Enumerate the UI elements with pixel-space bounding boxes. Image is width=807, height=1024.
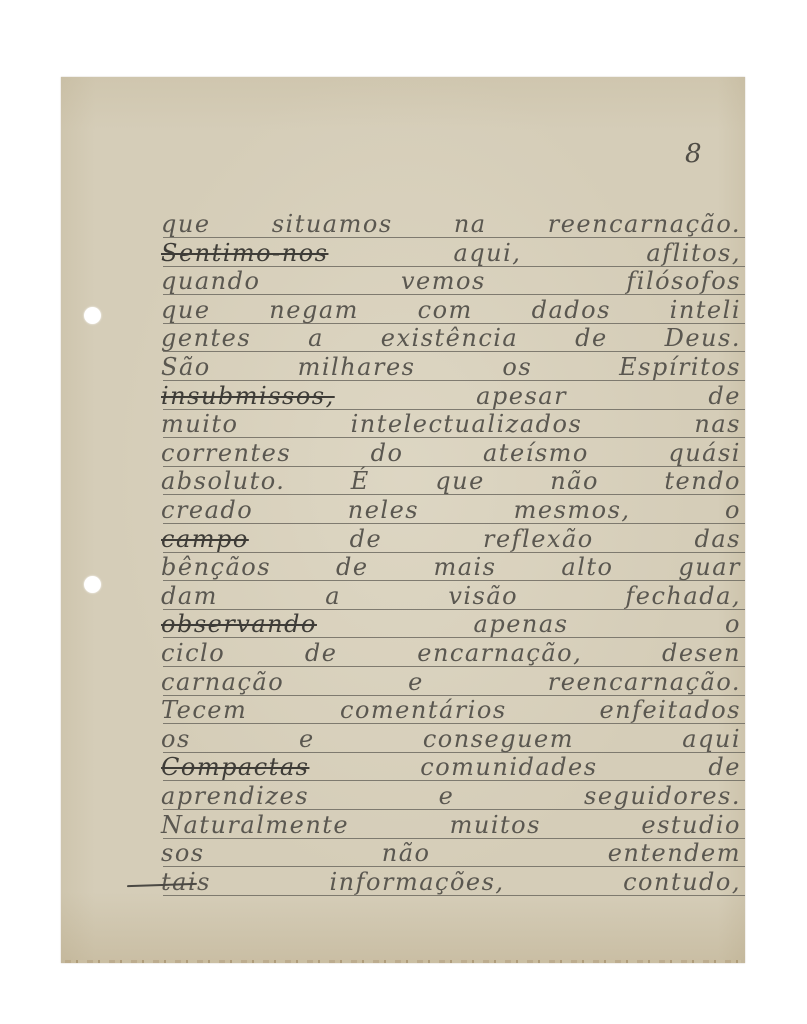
handwritten-line: creadonelesmesmos,o bbox=[161, 496, 741, 525]
handwritten-word: fechada, bbox=[625, 582, 741, 611]
handwritten-word: neles bbox=[348, 496, 419, 525]
handwritten-line: observandoapenaso bbox=[161, 610, 741, 639]
handwritten-word: reencarnação. bbox=[548, 210, 741, 239]
handwritten-word: na bbox=[454, 210, 487, 239]
paper-sheet: 8 quesituamosnareencarnação.Sentimo-nosa… bbox=[61, 77, 745, 963]
handwritten-word: encarnação, bbox=[417, 639, 582, 668]
handwritten-line: Compactascomunidadesde bbox=[161, 753, 741, 782]
handwritten-word: contudo, bbox=[623, 868, 741, 897]
handwritten-word: comunidades bbox=[420, 753, 597, 782]
handwritten-line: Sentimo-nosaqui,aflitos, bbox=[161, 239, 741, 268]
handwritten-line: Naturalmentemuitosestudio bbox=[161, 811, 741, 840]
handwritten-word: mais bbox=[433, 553, 496, 582]
handwritten-line: Tecemcomentáriosenfeitados bbox=[161, 696, 741, 725]
handwritten-word: bênçãos bbox=[161, 553, 271, 582]
handwritten-word: Compactas bbox=[161, 753, 309, 782]
handwritten-word: enfeitados bbox=[599, 696, 741, 725]
handwritten-word: absoluto. bbox=[161, 467, 285, 496]
handwritten-word: de bbox=[350, 525, 383, 554]
handwritten-word: inteli bbox=[670, 296, 741, 325]
handwritten-word: que bbox=[161, 210, 211, 239]
punch-hole-top bbox=[84, 307, 101, 324]
handwritten-word: e bbox=[299, 725, 315, 754]
handwritten-word: a bbox=[325, 582, 341, 611]
handwritten-line: bênçãosdemaisaltoguar bbox=[161, 553, 741, 582]
handwritten-line: quandovemosfilósofos bbox=[161, 267, 741, 296]
handwritten-word: Sentimo-nos bbox=[161, 239, 328, 268]
handwritten-word: das bbox=[694, 525, 741, 554]
handwritten-word: observando bbox=[161, 610, 317, 639]
handwritten-word: ateísmo bbox=[483, 439, 589, 468]
handwritten-word: nas bbox=[694, 410, 741, 439]
handwritten-word: aqui, bbox=[453, 239, 521, 268]
handwritten-word: comentários bbox=[340, 696, 507, 725]
punch-hole-bottom bbox=[84, 576, 101, 593]
handwritten-word: entendem bbox=[608, 839, 741, 868]
handwritten-word: campo bbox=[161, 525, 249, 554]
handwritten-word: carnação bbox=[161, 668, 284, 697]
handwritten-word: aqui bbox=[682, 725, 741, 754]
handwritten-line: ciclodeencarnação,desen bbox=[161, 639, 741, 668]
scanned-page: 8 quesituamosnareencarnação.Sentimo-nosa… bbox=[0, 0, 807, 1024]
handwritten-line: quenegamcomdadosinteli bbox=[161, 296, 741, 325]
handwritten-word: aprendizes bbox=[161, 782, 309, 811]
handwritten-word: muitos bbox=[450, 811, 541, 840]
handwritten-word: gentes bbox=[161, 324, 251, 353]
handwritten-word: insubmissos, bbox=[161, 382, 335, 411]
handwritten-word: É bbox=[351, 467, 370, 496]
handwritten-word: de bbox=[708, 382, 741, 411]
handwritten-word: que bbox=[161, 296, 211, 325]
handwritten-word: quando bbox=[161, 267, 260, 296]
handwritten-word: apesar bbox=[476, 382, 567, 411]
handwritten-line: sosnãoentendem bbox=[161, 839, 741, 868]
handwritten-word: de bbox=[305, 639, 338, 668]
handwritten-word: seguidores. bbox=[584, 782, 741, 811]
handwritten-word: e bbox=[408, 668, 424, 697]
handwritten-line: oseconseguemaqui bbox=[161, 725, 741, 754]
handwritten-word: Deus. bbox=[665, 324, 741, 353]
handwritten-word: de bbox=[336, 553, 369, 582]
handwritten-line: carnaçãoereencarnação. bbox=[161, 668, 741, 697]
handwritten-word: visão bbox=[448, 582, 518, 611]
handwritten-line: taisinformações,contudo, bbox=[161, 868, 741, 897]
handwritten-line: campodereflexãodas bbox=[161, 525, 741, 554]
handwritten-line: quesituamosnareencarnação. bbox=[161, 210, 741, 239]
handwritten-word: Espíritos bbox=[619, 353, 741, 382]
handwritten-word: vemos bbox=[401, 267, 486, 296]
handwritten-word: os bbox=[161, 725, 191, 754]
handwritten-word: a bbox=[308, 324, 324, 353]
handwritten-line: absoluto.Équenãotendo bbox=[161, 467, 741, 496]
handwritten-word: aflitos, bbox=[646, 239, 741, 268]
handwritten-word: dados bbox=[532, 296, 611, 325]
handwritten-word: sos bbox=[161, 839, 205, 868]
handwritten-word: apenas bbox=[474, 610, 569, 639]
handwritten-word: o bbox=[725, 496, 741, 525]
handwritten-line: insubmissos,apesarde bbox=[161, 382, 741, 411]
handwritten-word: dam bbox=[161, 582, 218, 611]
handwritten-word: ciclo bbox=[161, 639, 225, 668]
handwritten-line: aprendizeseseguidores. bbox=[161, 782, 741, 811]
handwritten-word: o bbox=[725, 610, 741, 639]
handwritten-word: que bbox=[435, 467, 485, 496]
handwritten-line: damavisãofechada, bbox=[161, 582, 741, 611]
handwritten-word: Tecem bbox=[161, 696, 247, 725]
handwritten-word: guar bbox=[678, 553, 741, 582]
handwritten-word: quási bbox=[668, 439, 741, 468]
handwritten-word: milhares bbox=[298, 353, 416, 382]
page-number: 8 bbox=[685, 139, 702, 169]
handwritten-word: conseguem bbox=[423, 725, 574, 754]
handwritten-word: negam bbox=[269, 296, 359, 325]
handwritten-word: existência bbox=[381, 324, 518, 353]
handwritten-word: não bbox=[382, 839, 431, 868]
handwritten-word: de bbox=[708, 753, 741, 782]
handwritten-word: informações, bbox=[330, 868, 505, 897]
handwritten-word: intelectualizados bbox=[351, 410, 583, 439]
handwritten-word: de bbox=[575, 324, 608, 353]
handwritten-word: correntes bbox=[161, 439, 291, 468]
handwritten-word: do bbox=[371, 439, 404, 468]
handwritten-word: com bbox=[418, 296, 473, 325]
handwritten-word: reencarnação. bbox=[548, 668, 741, 697]
handwritten-word: não bbox=[550, 467, 599, 496]
handwritten-word: situamos bbox=[272, 210, 393, 239]
handwritten-word: reflexão bbox=[483, 525, 594, 554]
handwritten-word: muito bbox=[161, 410, 238, 439]
handwritten-word: tendo bbox=[664, 467, 741, 496]
handwritten-line: muitointelectualizadosnas bbox=[161, 410, 741, 439]
handwritten-word: São bbox=[161, 353, 211, 382]
handwritten-line: SãomilharesosEspíritos bbox=[161, 353, 741, 382]
handwritten-word: alto bbox=[561, 553, 613, 582]
handwritten-word: desen bbox=[662, 639, 741, 668]
handwritten-word: mesmos, bbox=[514, 496, 631, 525]
handwritten-word: estudio bbox=[641, 811, 741, 840]
handwritten-line: correntesdoateísmoquási bbox=[161, 439, 741, 468]
handwritten-word: e bbox=[439, 782, 455, 811]
handwritten-word: Naturalmente bbox=[161, 811, 349, 840]
handwritten-line: gentesaexistênciadeDeus. bbox=[161, 324, 741, 353]
handwritten-word: os bbox=[502, 353, 532, 382]
handwritten-word: filósofos bbox=[626, 267, 741, 296]
handwritten-word: creado bbox=[161, 496, 253, 525]
